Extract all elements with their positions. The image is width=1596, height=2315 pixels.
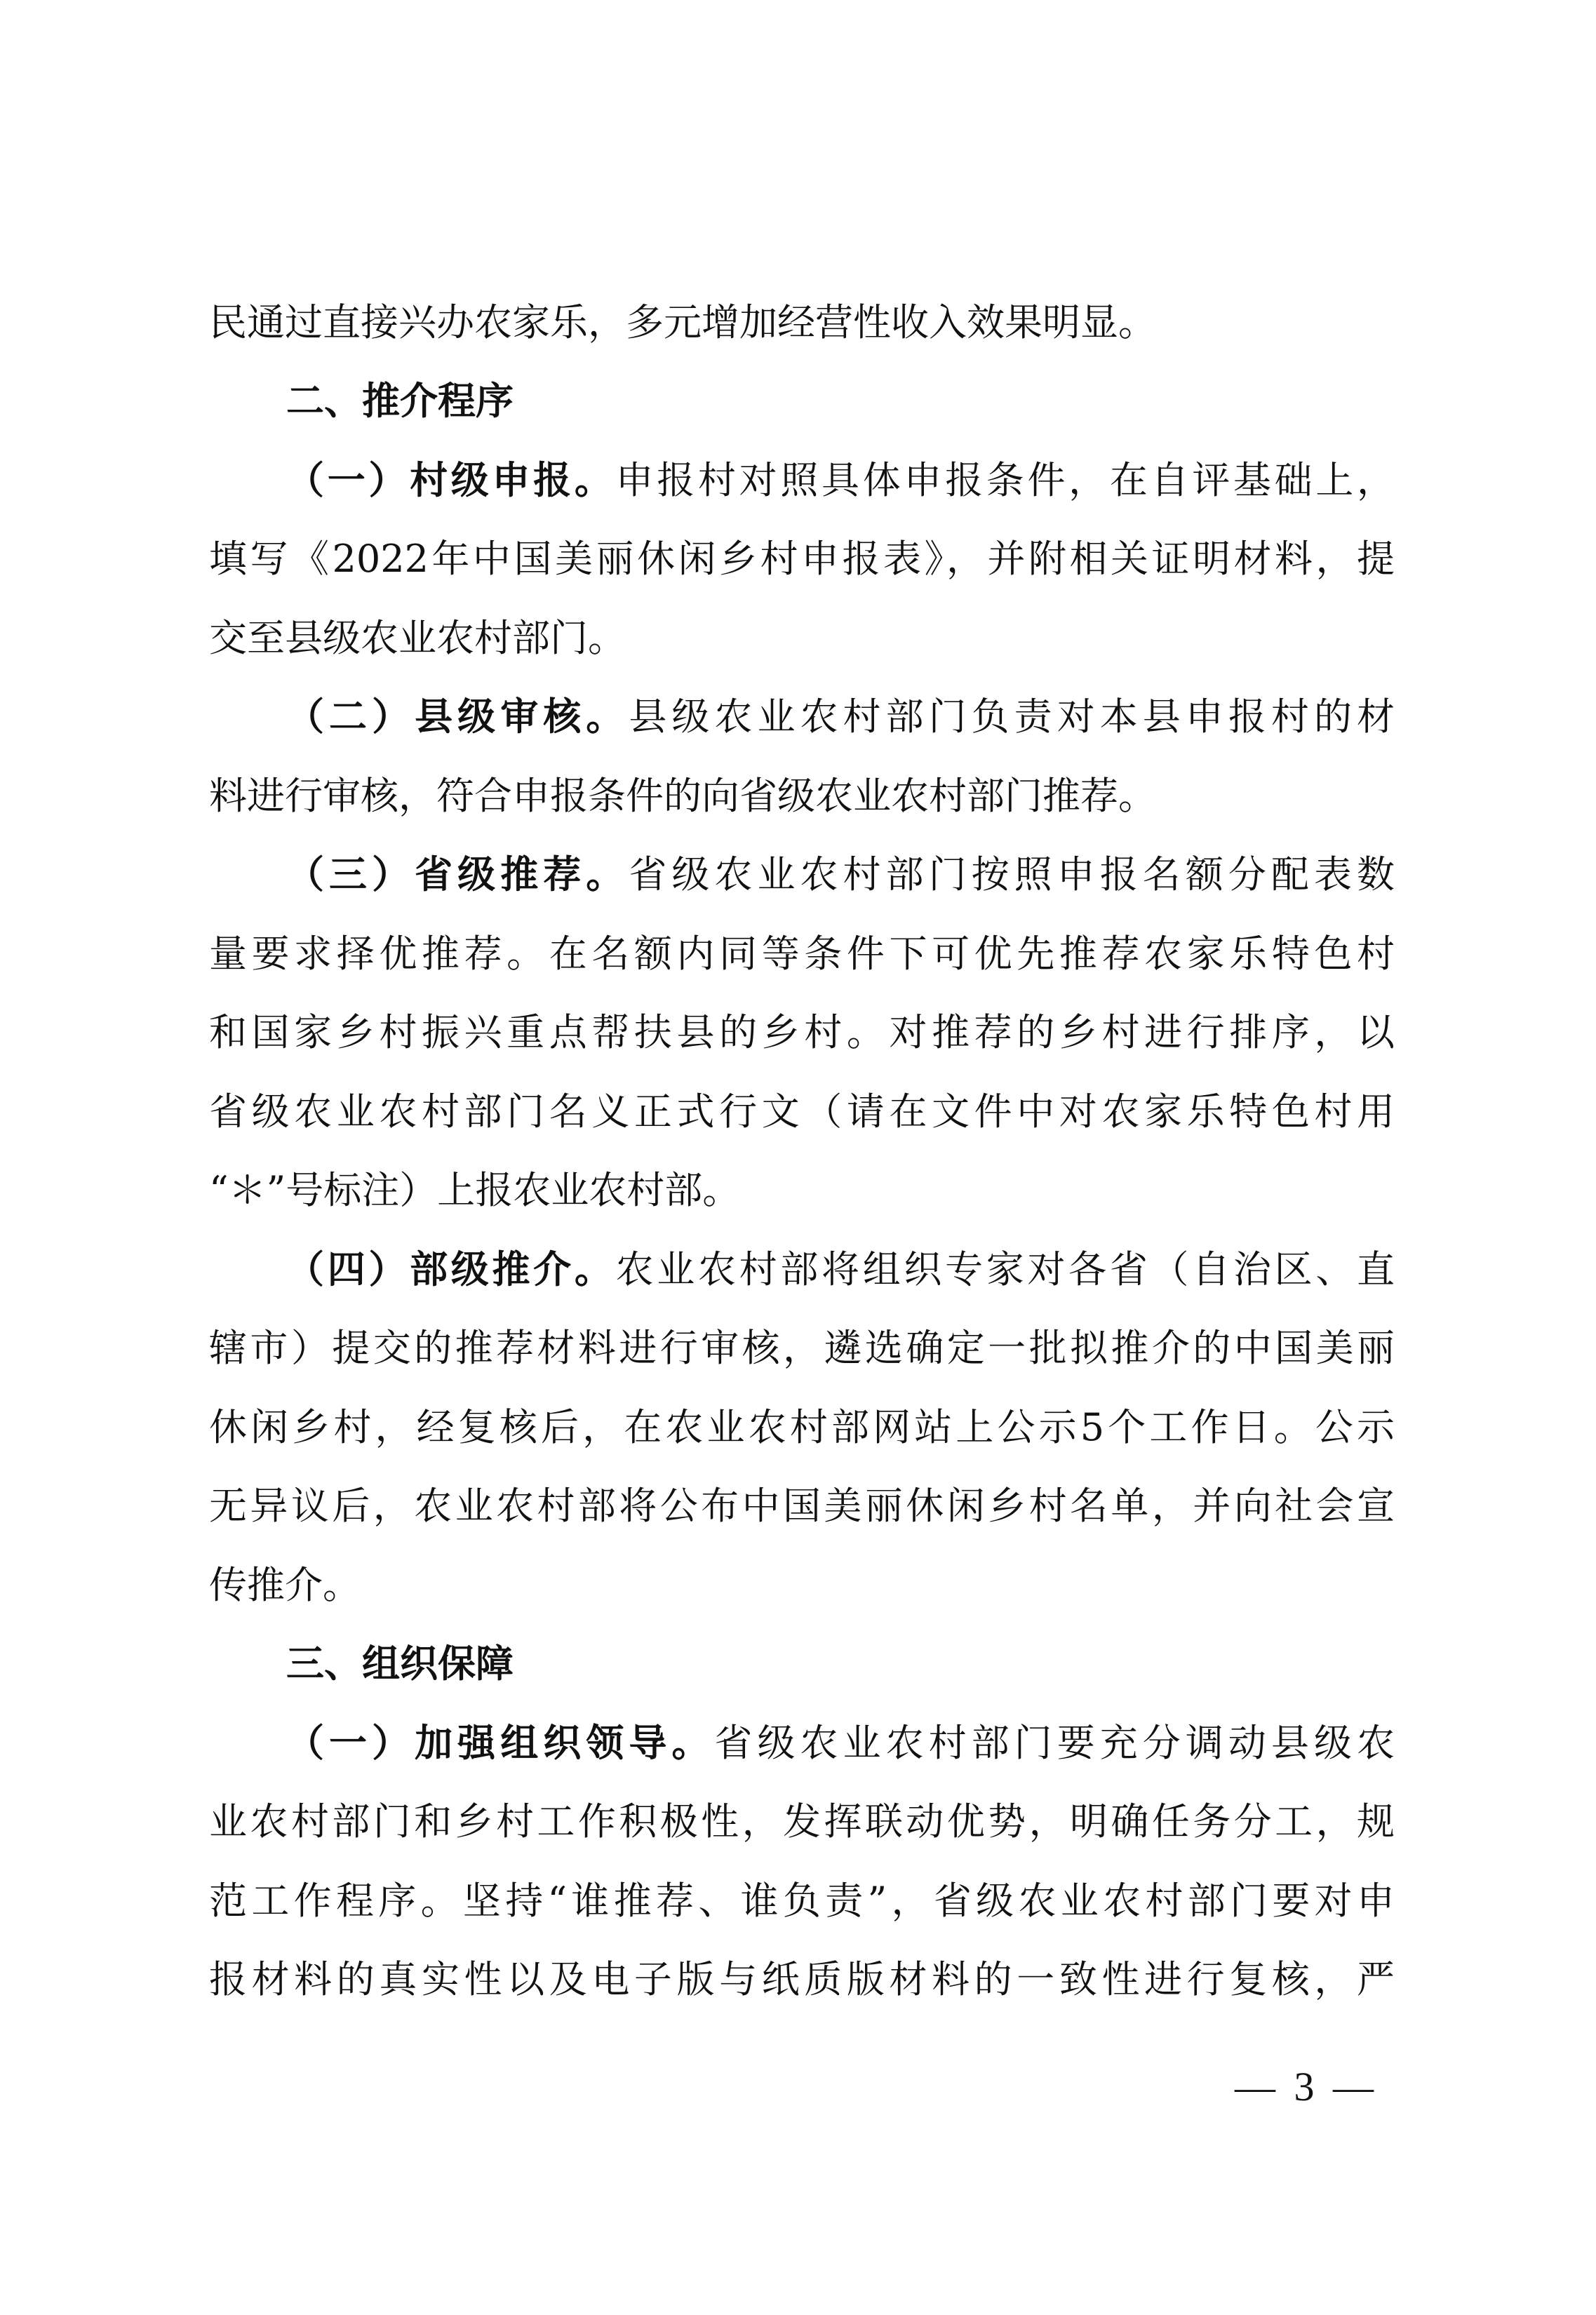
body-line: 传推介。 xyxy=(209,1564,1395,1606)
body-line: 范工作程序。坚持“谁推荐、谁负责”，省级农业农村部门要对申 xyxy=(209,1880,1395,1922)
paragraph-provincial-recommendation: （三）省级推荐。省级农业农村部门按照申报名额分配表数 xyxy=(286,854,1395,896)
paragraph-ministry-promotion: （四）部级推介。农业农村部将组织专家对各省（自治区、直 xyxy=(286,1249,1395,1291)
document-page: 民通过直接兴办农家乐，多元增加经营性收入效果明显。 二、推介程序 （一）村级申报… xyxy=(0,0,1596,2315)
section-heading-procedure: 二、推介程序 xyxy=(286,380,1395,422)
body-line: 和国家乡村振兴重点帮扶县的乡村。对推荐的乡村进行排序，以 xyxy=(209,1012,1395,1054)
subheading-village-application: （一）村级申报。 xyxy=(286,458,616,502)
body-line: 业农村部门和乡村工作积极性，发挥联动优势，明确任务分工，规 xyxy=(209,1801,1395,1843)
body-line: 休闲乡村，经复核后，在农业农村部网站上公示5个工作日。公示 xyxy=(209,1407,1395,1449)
body-line: 料进行审核，符合申报条件的向省级农业农村部门推荐。 xyxy=(209,775,1395,817)
body-line: 报材料的真实性以及电子版与纸质版材料的一致性进行复核，严 xyxy=(209,1959,1395,2001)
subheading-county-review: （二）县级审核。 xyxy=(286,694,629,739)
paragraph-village-application: （一）村级申报。申报村对照具体申报条件，在自评基础上， xyxy=(286,459,1395,502)
subheading-provincial-recommendation: （三）省级推荐。 xyxy=(286,852,629,897)
body-line: 填写《2022年中国美丽休闲乡村申报表》，并附相关证明材料，提 xyxy=(209,538,1395,580)
body-line: 无异议后，农业农村部将公布中国美丽休闲乡村名单，并向社会宣 xyxy=(209,1485,1395,1527)
subheading-strengthen-leadership: （一）加强组织领导。 xyxy=(286,1721,714,1765)
section-heading-organization: 三、组织保障 xyxy=(286,1643,1395,1685)
paragraph-county-review: （二）县级审核。县级农业农村部门负责对本县申报村的材 xyxy=(286,696,1395,738)
body-line: 民通过直接兴办农家乐，多元增加经营性收入效果明显。 xyxy=(209,302,1395,344)
body-line: 量要求择优推荐。在名额内同等条件下可优先推荐农家乐特色村 xyxy=(209,933,1395,975)
page-number: — 3 — xyxy=(1235,2066,1378,2108)
body-line: 交至县级农业农村部门。 xyxy=(209,617,1395,659)
body-line: 省级农业农村部门名义正式行文（请在文件中对农家乐特色村用 xyxy=(209,1091,1395,1133)
body-line: “＊”号标注）上报农业农村部。 xyxy=(209,1169,1395,1212)
body-line: 辖市）提交的推荐材料进行审核，遴选确定一批拟推介的中国美丽 xyxy=(209,1327,1395,1369)
paragraph-strengthen-leadership: （一）加强组织领导。省级农业农村部门要充分调动县级农 xyxy=(286,1722,1395,1764)
subheading-ministry-promotion: （四）部级推介。 xyxy=(286,1247,616,1291)
